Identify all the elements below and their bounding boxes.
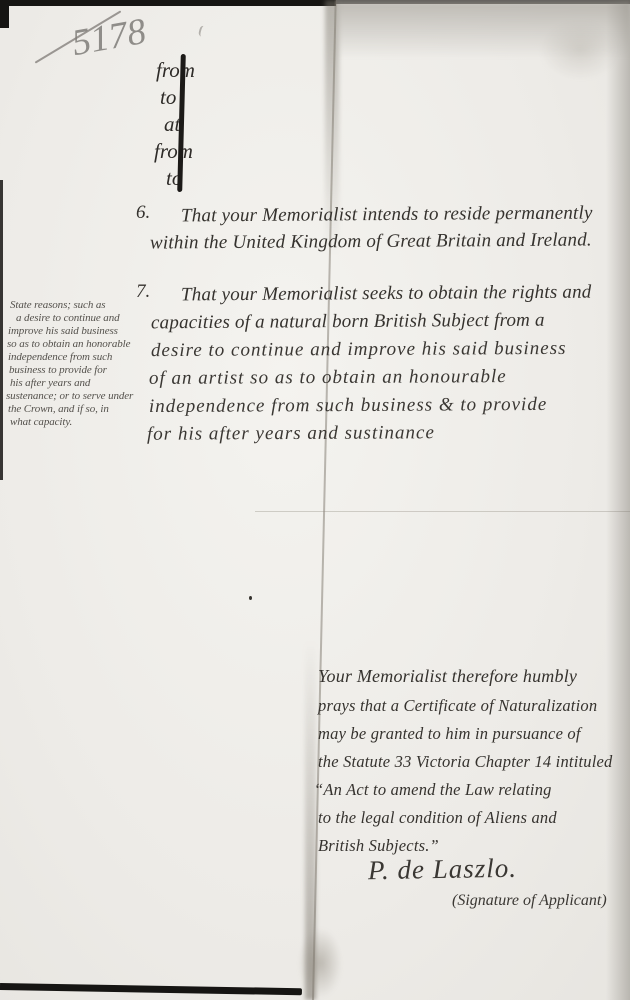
prayer-line-2: prays that a Certificate of Naturalizati…	[318, 696, 597, 716]
tiny-mark	[198, 25, 210, 38]
ink-speck	[249, 596, 252, 600]
margin-note-line-6: business to provide for	[9, 364, 107, 376]
clause-6-line-1: That your Memorialist intends to reside …	[181, 203, 593, 228]
crossed-word-from-2: from	[154, 139, 193, 164]
scanned-memorial-document: 5178 from to at from to 6. That your Mem…	[0, 0, 630, 1000]
prayer-line-4: the Statute 33 Victoria Chapter 14 intit…	[318, 752, 612, 772]
clause-7-line-3: desire to continue and improve his said …	[151, 338, 567, 362]
prayer-line-7: British Subjects.”	[318, 836, 439, 856]
clause-7-line-1: That your Memorialist seeks to obtain th…	[181, 282, 592, 307]
margin-note-line-3: improve his said business	[8, 325, 118, 337]
margin-note-line-1: State reasons; such as	[10, 299, 105, 311]
fold-smudge-bottom-blob	[298, 928, 342, 998]
crossed-word-to-1: to	[160, 85, 176, 110]
right-edge-shadow	[606, 0, 630, 1000]
horizontal-fold-crease	[255, 511, 630, 512]
prayer-line-3: may be granted to him in pursuance of	[318, 724, 581, 744]
scan-edge-top-left	[0, 0, 336, 6]
applicant-signature: P. de Laszlo.	[368, 853, 518, 887]
clause-6-number: 6.	[136, 202, 150, 224]
clause-7-number: 7.	[136, 281, 150, 303]
scan-edge-left-strip	[0, 180, 3, 480]
margin-note-line-2: a desire to continue and	[16, 312, 120, 324]
prayer-line-1: Your Memorialist therefore humbly	[318, 666, 577, 687]
paper-stain-top-right	[540, 20, 620, 80]
margin-note-line-9: the Crown, and if so, in	[8, 403, 109, 415]
clause-6-line-2: within the United Kingdom of Great Brita…	[150, 229, 592, 254]
clause-7-line-2: capacities of a natural born British Sub…	[151, 310, 545, 335]
margin-note-line-7: his after years and	[10, 377, 90, 389]
margin-note-line-8: sustenance; or to serve under	[6, 390, 133, 402]
scan-edge-left-corner	[0, 0, 9, 28]
clause-7-line-5: independence from such business & to pro…	[149, 394, 547, 418]
prayer-line-5: “An Act to amend the Law relating	[314, 780, 552, 800]
clause-7-line-4: of an artist so as to obtain an honourab…	[149, 366, 507, 390]
signature-caption: (Signature of Applicant)	[452, 892, 607, 910]
prayer-line-6: to the legal condition of Aliens and	[318, 808, 557, 828]
scan-edge-bottom-bar	[0, 983, 302, 995]
margin-note-line-10: what capacity.	[10, 416, 72, 428]
crossed-word-from-1: from	[156, 58, 195, 83]
margin-note-line-5: independence from such	[8, 351, 112, 363]
clause-7-line-6: for his after years and sustinance	[147, 422, 435, 446]
margin-note-line-4: so as to obtain an honorable	[7, 338, 130, 350]
